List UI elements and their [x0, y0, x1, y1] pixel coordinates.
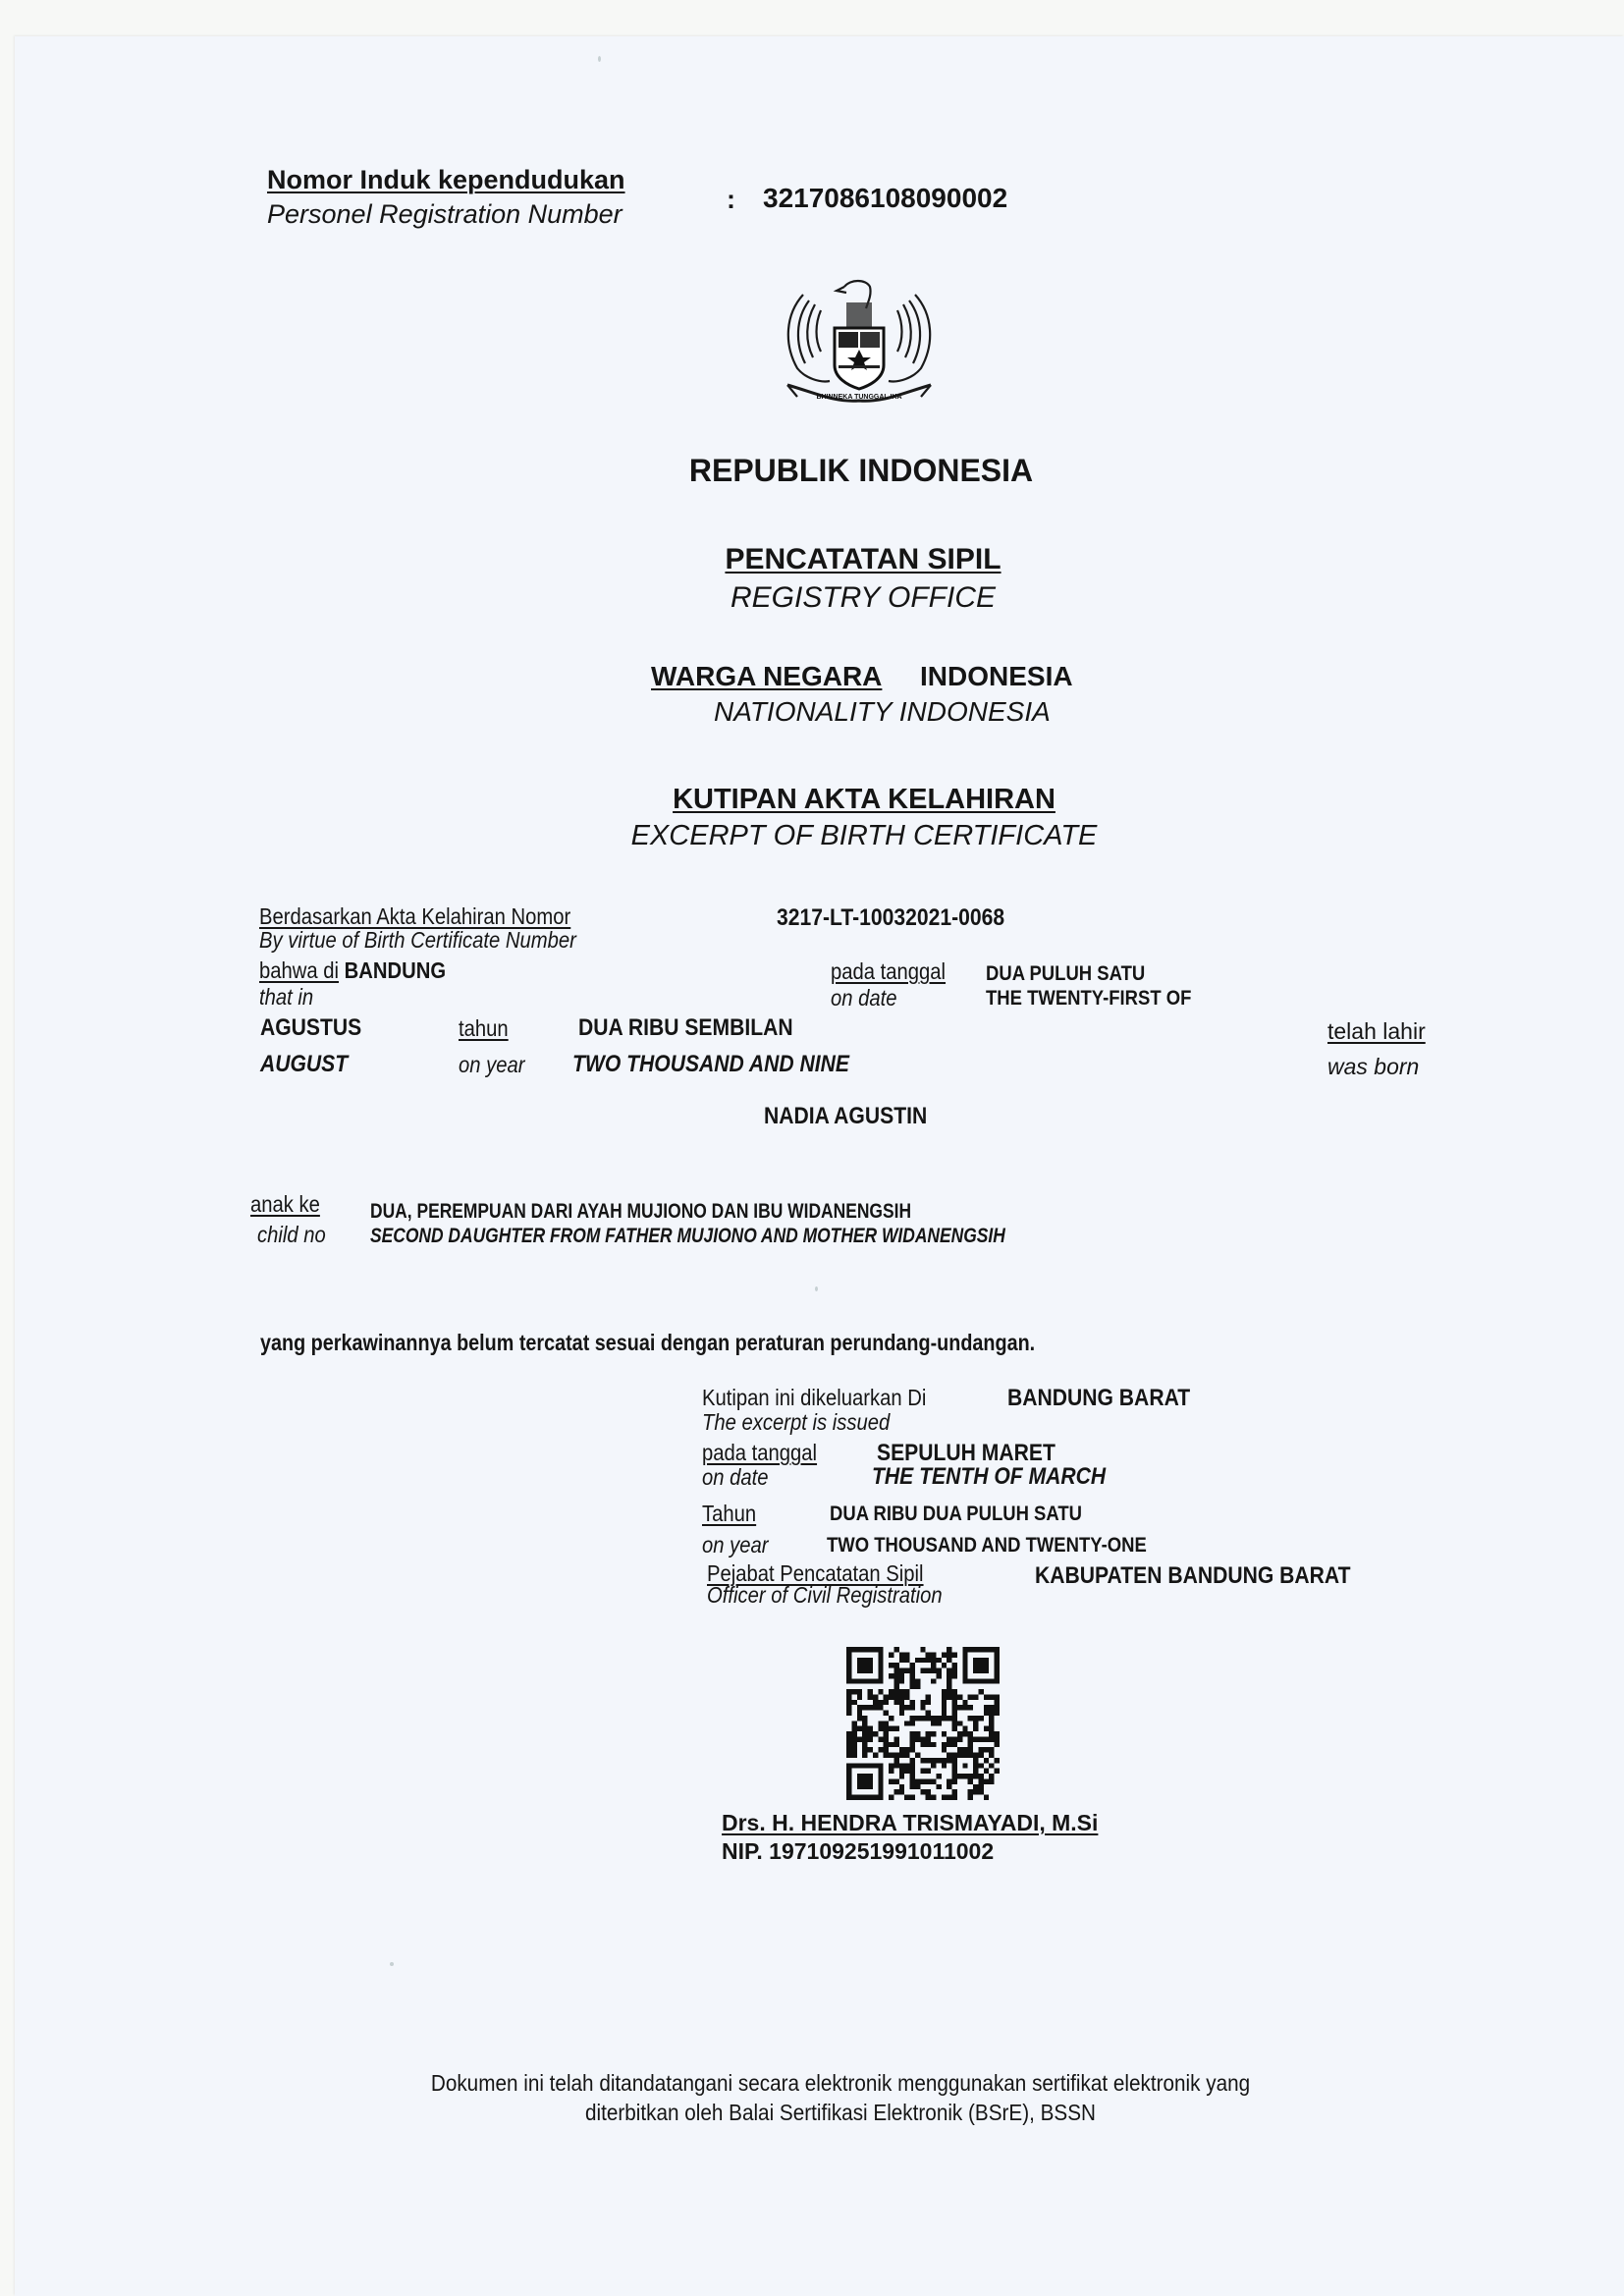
birth-date-value: DUA PULUH SATU: [986, 963, 1145, 984]
officer-value: KABUPATEN BANDUNG BARAT: [1035, 1564, 1350, 1588]
scan-speck: [390, 1962, 394, 1966]
birth-year-label: tahun: [459, 1017, 509, 1040]
scan-speck: [598, 56, 601, 62]
officer-label-en: Officer of Civil Registration: [707, 1584, 943, 1607]
qr-code-icon: [846, 1645, 1000, 1802]
nationality-label: WARGA NEGARA: [651, 663, 882, 690]
birth-date-label-en: on date: [831, 987, 897, 1010]
nik-label-en: Personel Registration Number: [267, 201, 623, 228]
issued-year-value-en: TWO THOUSAND AND TWENTY-ONE: [827, 1535, 1147, 1556]
issued-year-label: Tahun: [702, 1503, 756, 1525]
nationality-value: INDONESIA: [920, 663, 1073, 690]
birth-place-label: bahwa di: [259, 957, 339, 983]
office-title: PENCATATAN SIPIL: [725, 545, 1001, 574]
nik-label: Nomor Induk kependudukan: [267, 167, 625, 193]
scan-speck: [815, 1286, 818, 1291]
nationality-en: NATIONALITY INDONESIA: [714, 698, 1051, 726]
officer-nip: NIP. 197109251991011002: [722, 1840, 994, 1863]
birth-year-label-en: on year: [459, 1054, 525, 1076]
issued-year-value: DUA RIBU DUA PULUH SATU: [830, 1503, 1082, 1524]
birth-place-value: BANDUNG: [345, 957, 446, 983]
birth-place-row: bahwa di BANDUNG: [259, 959, 446, 982]
cert-number-label: Berdasarkan Akta Kelahiran Nomor: [259, 905, 570, 928]
officer-name: Drs. H. HENDRA TRISMAYADI, M.Si: [722, 1812, 1098, 1834]
document-title-en: EXCERPT OF BIRTH CERTIFICATE: [631, 822, 1098, 850]
office-title-en: REGISTRY OFFICE: [731, 583, 996, 613]
nik-separator: :: [727, 187, 735, 213]
child-order-label: anak ke: [250, 1193, 320, 1216]
issued-label: Kutipan ini dikeluarkan Di: [702, 1387, 926, 1409]
issued-date-label: pada tanggal: [702, 1442, 817, 1464]
child-order-value: DUA, PEREMPUAN DARI AYAH MUJIONO DAN IBU…: [370, 1201, 911, 1222]
country-title: REPUBLIK INDONESIA: [689, 455, 1033, 486]
footer-line-2: diterbitkan oleh Balai Sertifikasi Elekt…: [585, 2102, 1096, 2124]
birth-month-en: AUGUST: [260, 1053, 348, 1076]
garuda-emblem-icon: BHINNEKA TUNGGAL IKA: [776, 275, 943, 412]
issued-date-value-en: THE TENTH OF MARCH: [872, 1465, 1106, 1489]
born-label-en: was born: [1327, 1056, 1419, 1078]
issued-year-label-en: on year: [702, 1534, 769, 1557]
birth-date-label: pada tanggal: [831, 960, 946, 983]
svg-text:BHINNEKA TUNGGAL IKA: BHINNEKA TUNGGAL IKA: [816, 394, 901, 401]
footer-line-1: Dokumen ini telah ditandatangani secara …: [431, 2072, 1250, 2095]
birth-date-value-en: THE TWENTY-FIRST OF: [986, 988, 1191, 1009]
birth-place-label-en: that in: [259, 986, 313, 1009]
issued-date-label-en: on date: [702, 1466, 769, 1489]
birth-year-value: DUA RIBU SEMBILAN: [578, 1016, 793, 1040]
nik-value: 3217086108090002: [763, 185, 1007, 212]
document-title: KUTIPAN AKTA KELAHIRAN: [673, 786, 1056, 814]
cert-number-label-en: By virtue of Birth Certificate Number: [259, 929, 576, 952]
born-label: telah lahir: [1327, 1020, 1426, 1043]
child-order-label-en: child no: [257, 1224, 326, 1246]
birth-month: AGUSTUS: [260, 1016, 361, 1040]
cert-number-value: 3217-LT-10032021-0068: [777, 906, 1004, 930]
marriage-note: yang perkawinannya belum tercatat sesuai…: [260, 1332, 1035, 1354]
child-order-value-en: SECOND DAUGHTER FROM FATHER MUJIONO AND …: [370, 1226, 1005, 1246]
issued-date-value: SEPULUH MARET: [877, 1442, 1056, 1465]
issued-label-en: The excerpt is issued: [702, 1411, 890, 1434]
child-name: NADIA AGUSTIN: [764, 1105, 927, 1128]
issued-place: BANDUNG BARAT: [1007, 1387, 1190, 1410]
birth-year-value-en: TWO THOUSAND AND NINE: [572, 1053, 849, 1076]
